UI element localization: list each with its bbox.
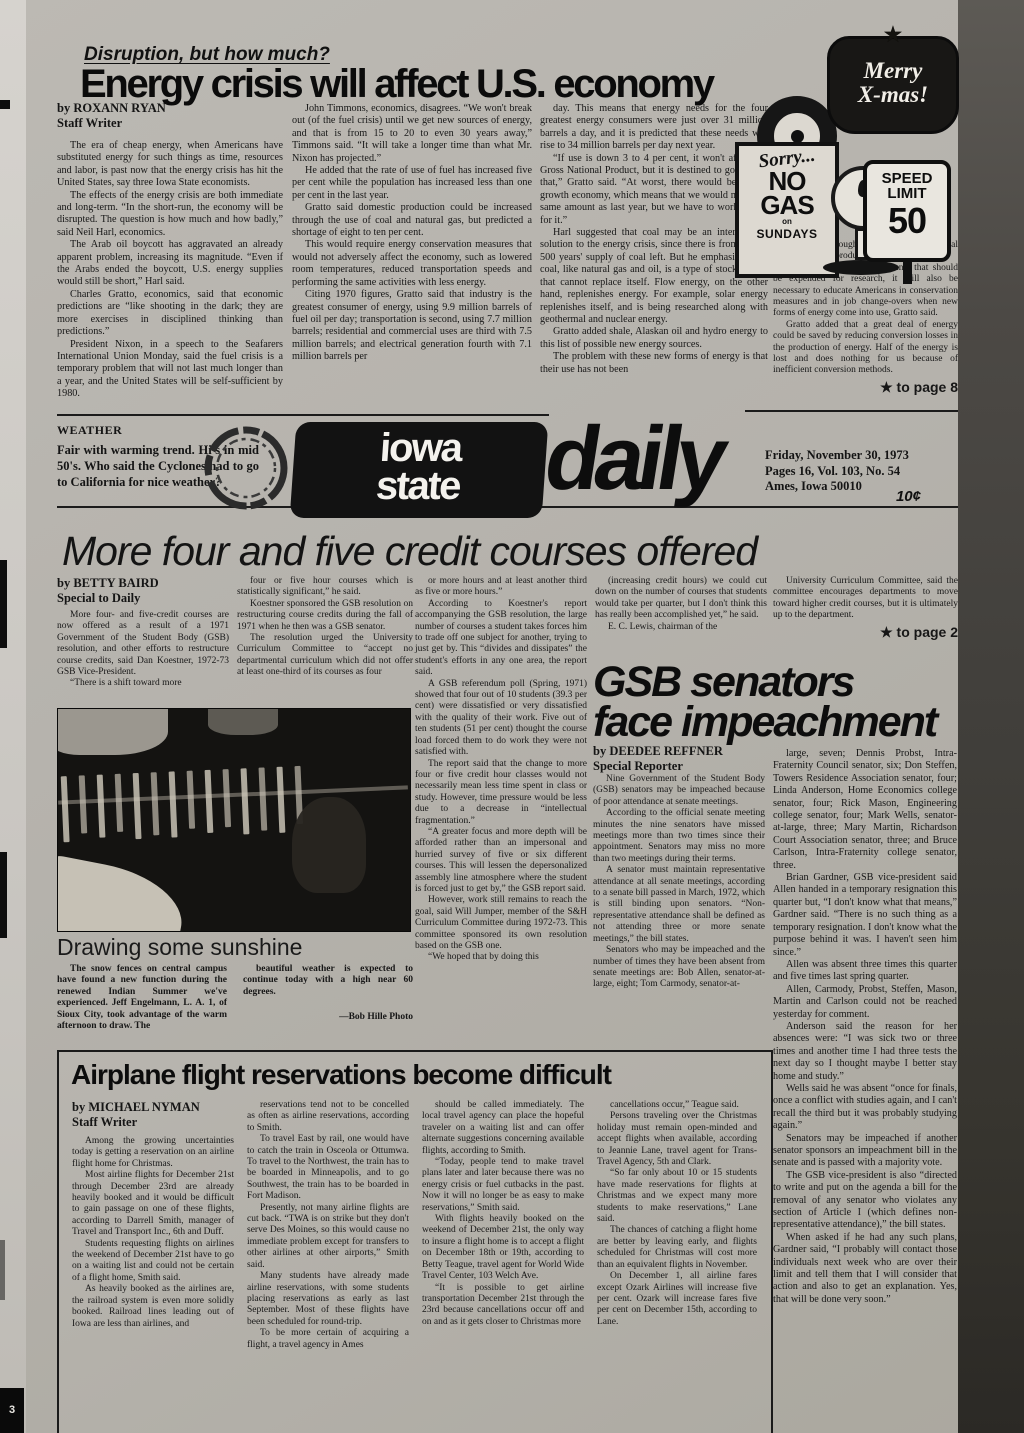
speed-word: SPEED bbox=[867, 171, 947, 186]
byline-role: Special Reporter bbox=[593, 759, 723, 774]
caption-title: Drawing some sunshine bbox=[57, 934, 302, 961]
weather-title: WEATHER bbox=[57, 423, 122, 438]
headline-gsb-line1: GSB senators bbox=[593, 662, 936, 702]
caption-col-2: beautiful weather is expected to continu… bbox=[243, 964, 413, 1024]
airplane-col-3: should be called immediately. The local … bbox=[422, 1100, 584, 1328]
byline-role: Staff Writer bbox=[72, 1115, 200, 1130]
sun-sketch-icon bbox=[198, 420, 294, 516]
no-gas-sign: Sorry... NO GAS on SUNDAYS bbox=[735, 142, 839, 278]
byline-author: by DEEDEE REFFNER bbox=[593, 744, 723, 759]
byline-role: Staff Writer bbox=[57, 116, 166, 131]
photo-sky-patch bbox=[57, 708, 168, 755]
film-corner-mark: 3 bbox=[0, 1388, 24, 1433]
photo-light-patch bbox=[57, 854, 190, 932]
photo-figure bbox=[292, 797, 366, 893]
airplane-col-2: reservations tend not to be concelled as… bbox=[247, 1100, 409, 1351]
candle-holder-icon bbox=[823, 260, 899, 275]
on-text: on bbox=[739, 218, 835, 227]
credits-col-1: More four- and five-credit courses are n… bbox=[57, 610, 229, 690]
film-strip-left bbox=[0, 0, 26, 1433]
headline-airplane: Airplane flight reservations become diff… bbox=[71, 1059, 611, 1091]
gas-text: GAS bbox=[739, 194, 835, 218]
fifty-number: 50 bbox=[867, 203, 947, 240]
campus-photo bbox=[57, 708, 411, 932]
star-icon: ★ bbox=[884, 25, 902, 46]
logo-iowa: iowa bbox=[293, 429, 548, 467]
merry-xmas-sign: ★ Merry X-mas! bbox=[827, 36, 959, 134]
headline-gsb-line2: face impeachment bbox=[593, 702, 936, 742]
headline-gsb: GSB senators face impeachment bbox=[593, 662, 936, 742]
photo-sky-patch bbox=[208, 709, 278, 735]
christmas-energy-graphic: ★ Merry X-mas! Sorry... NO GAS on SUNDAY… bbox=[735, 34, 967, 290]
divider bbox=[745, 410, 963, 412]
headline-credit-courses: More four and five credit courses offere… bbox=[62, 528, 757, 575]
gsb-col-1: Nine Government of the Student Body (GSB… bbox=[593, 774, 765, 991]
energy-col-3: day. This means that energy needs for th… bbox=[540, 103, 768, 376]
caption-col-1: The snow fences on central campus have f… bbox=[57, 964, 227, 1032]
xmas-word: X-mas! bbox=[830, 83, 956, 107]
credits-col-2: four or five hour courses which is stati… bbox=[237, 576, 413, 679]
airplane-article-box: Airplane flight reservations become diff… bbox=[57, 1050, 773, 1433]
credits-col-3: or more hours and at least another third… bbox=[415, 576, 587, 964]
logo-iowa-state: iowa state bbox=[290, 422, 549, 518]
byline-author: by BETTY BAIRD bbox=[57, 576, 159, 591]
newspaper-page: Disruption, but how much? Energy crisis … bbox=[0, 0, 1024, 1433]
sign-post bbox=[903, 262, 912, 284]
photo-credit: —Bob Hille Photo bbox=[243, 1012, 413, 1023]
jump-to-page-2: ★ to page 2 bbox=[773, 627, 958, 638]
credits-col-4: (increasing credit hours) we could cut d… bbox=[595, 576, 767, 633]
film-mark bbox=[0, 100, 10, 109]
sundays-text: SUNDAYS bbox=[739, 227, 835, 241]
film-mark bbox=[0, 560, 7, 648]
credits-col-5-text: University Curriculum Committee, said th… bbox=[773, 576, 958, 622]
headline-energy: Energy crisis will affect U.S. economy bbox=[80, 62, 713, 107]
airplane-col-4: cancellations occur,” Teague said.Person… bbox=[597, 1100, 757, 1328]
energy-col-2: John Timmons, economics, disagrees. “We … bbox=[292, 103, 532, 364]
divider bbox=[57, 414, 549, 416]
energy-col-1: The era of cheap energy, when Americans … bbox=[57, 140, 283, 401]
byline-airplane: by MICHAEL NYMAN Staff Writer bbox=[72, 1100, 200, 1130]
merry-word: Merry bbox=[830, 59, 956, 83]
byline-role: Special to Daily bbox=[57, 591, 159, 606]
price: 10¢ bbox=[855, 488, 921, 505]
logo-daily: daily bbox=[539, 414, 728, 504]
film-strip-right bbox=[958, 0, 1024, 1433]
jump-to-page-8: ★ to page 8 bbox=[773, 382, 958, 393]
byline-credits: by BETTY BAIRD Special to Daily bbox=[57, 576, 159, 606]
credits-col-5: University Curriculum Committee, said th… bbox=[773, 576, 958, 638]
film-mark bbox=[0, 1240, 5, 1300]
logo-state: state bbox=[291, 467, 546, 505]
byline-author: by MICHAEL NYMAN bbox=[72, 1100, 200, 1115]
film-mark bbox=[0, 852, 7, 938]
byline-gsb: by DEEDEE REFFNER Special Reporter bbox=[593, 744, 723, 774]
caption-col-2-text: beautiful weather is expected to continu… bbox=[243, 964, 413, 998]
gsb-col-2: large, seven; Dennis Probst, Intra-Frate… bbox=[773, 748, 957, 1306]
airplane-col-1: Among the growing uncertainties today is… bbox=[72, 1136, 234, 1330]
speed-limit-sign: SPEED LIMIT 50 bbox=[863, 160, 951, 262]
